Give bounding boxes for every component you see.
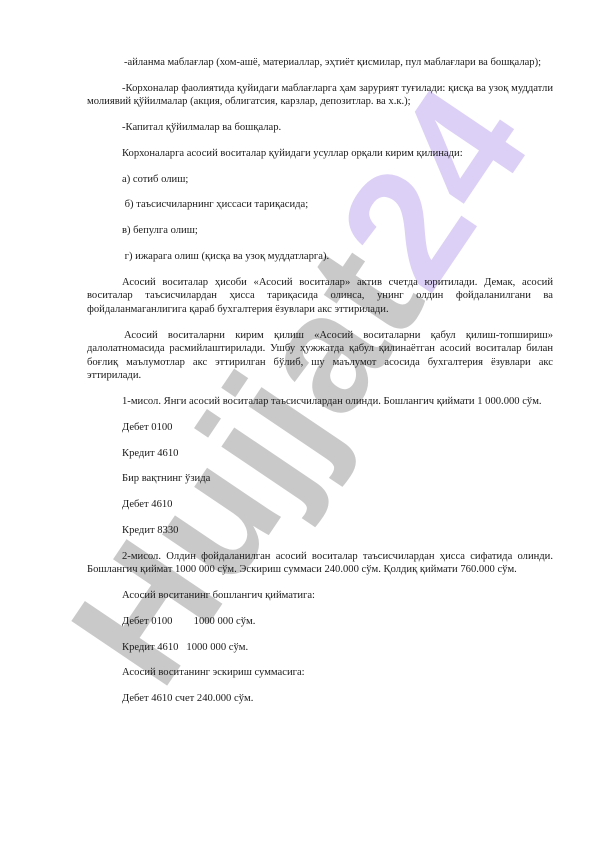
entry-debit-4610: Дебет 4610	[87, 498, 553, 512]
paragraph-receipt-methods: Корхоналарга асосий воситалар қуйидаги у…	[87, 147, 553, 161]
paragraph-accounting: Асосий воситалар ҳисоби «Асосий воситала…	[87, 276, 553, 317]
label-depreciation: Асосий воситанинг эскириш суммасига:	[87, 666, 553, 680]
entry-debit-0100-amount: Дебет 0100 1000 000 сўм.	[87, 615, 553, 629]
entry-debit-4610-depreciation: Дебет 4610 счет 240.000 сўм.	[87, 692, 553, 706]
label-initial-value: Асосий воситанинг бошлангич қийматига:	[87, 589, 553, 603]
paragraph-current-assets: -айланма маблағлар (хом-ашё, материаллар…	[87, 56, 553, 70]
list-item-purchase: а) сотиб олиш;	[87, 173, 553, 187]
entry-debit-0100: Дебет 0100	[87, 421, 553, 435]
example-1-heading: 1-мисол. Янги асосий воситалар таъсисчил…	[87, 395, 553, 409]
document-page: -айланма маблағлар (хом-ашё, материаллар…	[87, 56, 553, 718]
list-item-founders-share: б) таъсисчиларнинг ҳиссаси тариқасида;	[87, 198, 553, 212]
example-2-heading: 2-мисол. Олдин фойдаланилган асосий воси…	[87, 550, 553, 577]
paragraph-financial-investments: -Корхоналар фаолиятида қуйидаги маблағла…	[87, 82, 553, 109]
paragraph-capital-investments: -Капитал қўйилмалар ва бошқалар.	[87, 121, 553, 135]
entry-credit-4610-amount: Кредит 4610 1000 000 сўм.	[87, 641, 553, 655]
entry-simultaneously: Бир вақтнинг ўзида	[87, 472, 553, 486]
list-item-lease: г) ижарага олиш (қисқа ва узоқ муддатлар…	[87, 250, 553, 264]
entry-credit-4610: Кредит 4610	[87, 447, 553, 461]
entry-credit-8330: Кредит 8330	[87, 524, 553, 538]
paragraph-acceptance-act: Асосий воситаларни кирим қилиш «Асосий в…	[87, 329, 553, 383]
list-item-free: в) бепулга олиш;	[87, 224, 553, 238]
